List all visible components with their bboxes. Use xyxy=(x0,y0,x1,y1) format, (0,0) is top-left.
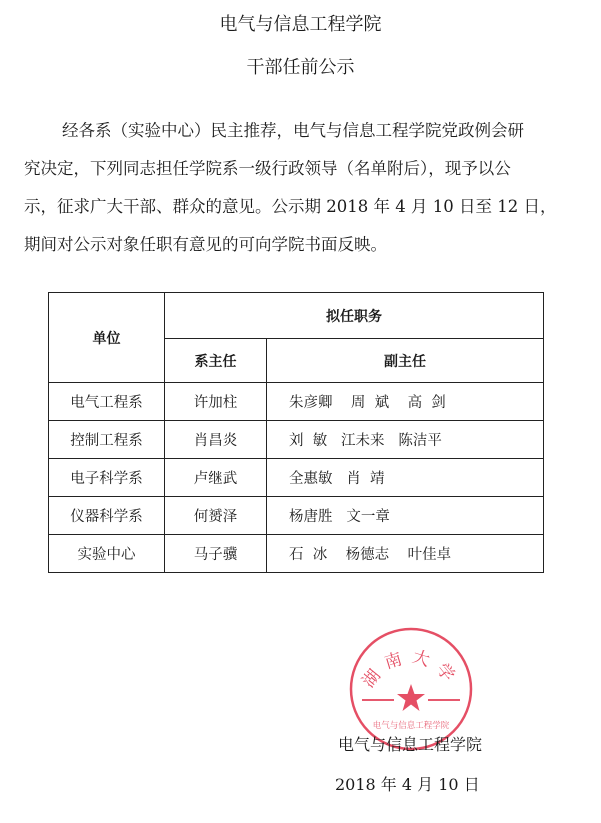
cell-unit: 电气工程系 xyxy=(49,383,165,421)
appointment-table: 单位 拟任职务 系主任 副主任 电气工程系 许加柱 朱彦卿 周 斌 高 剑 控制… xyxy=(48,292,544,573)
paragraph-line: 期间对公示对象任职有意见的可向学院书面反映。 xyxy=(24,226,584,264)
notice-paragraph: 经各系（实验中心）民主推荐，电气与信息工程学院党政例会研 究决定，下列同志担任学… xyxy=(24,112,584,264)
paragraph-line: 经各系（实验中心）民主推荐，电气与信息工程学院党政例会研 xyxy=(24,112,584,150)
cell-deputy: 朱彦卿 周 斌 高 剑 xyxy=(267,383,544,421)
paragraph-line: 究决定，下列同志担任学院系一级行政领导（名单附后），现予以公 xyxy=(24,150,584,188)
cell-unit: 仪器科学系 xyxy=(49,497,165,535)
cell-director: 肖昌炎 xyxy=(165,421,267,459)
cell-unit: 实验中心 xyxy=(49,535,165,573)
svg-text:电气与信息工程学院: 电气与信息工程学院 xyxy=(373,720,450,731)
signature-date: 2018 年 4 月 10 日 xyxy=(335,772,480,795)
header-position-group: 拟任职务 xyxy=(165,293,544,339)
table-row: 电子科学系 卢继武 全惠敏 肖 靖 xyxy=(49,459,544,497)
cell-deputy: 石 冰 杨德志 叶佳卓 xyxy=(267,535,544,573)
cell-deputy: 刘 敏 江未来 陈洁平 xyxy=(267,421,544,459)
table-row: 仪器科学系 何赟泽 杨唐胜 文一章 xyxy=(49,497,544,535)
cell-director: 何赟泽 xyxy=(165,497,267,535)
header-director: 系主任 xyxy=(165,339,267,383)
table-row: 实验中心 马子骥 石 冰 杨德志 叶佳卓 xyxy=(49,535,544,573)
cell-deputy: 杨唐胜 文一章 xyxy=(267,497,544,535)
signature-org: 电气与信息工程学院 xyxy=(338,732,482,755)
cell-unit: 控制工程系 xyxy=(49,421,165,459)
header-deputy: 副主任 xyxy=(267,339,544,383)
table-row: 电气工程系 许加柱 朱彦卿 周 斌 高 剑 xyxy=(49,383,544,421)
org-title: 电气与信息工程学院 xyxy=(0,10,601,36)
cell-director: 卢继武 xyxy=(165,459,267,497)
paragraph-line: 示，征求广大干部、群众的意见。公示期 2018 年 4 月 10 日至 12 日… xyxy=(24,188,584,226)
table-row: 控制工程系 肖昌炎 刘 敏 江未来 陈洁平 xyxy=(49,421,544,459)
cell-director: 许加柱 xyxy=(165,383,267,421)
cell-deputy: 全惠敏 肖 靖 xyxy=(267,459,544,497)
cell-director: 马子骥 xyxy=(165,535,267,573)
header-unit: 单位 xyxy=(49,293,165,383)
doc-title: 干部任前公示 xyxy=(0,53,601,79)
cell-unit: 电子科学系 xyxy=(49,459,165,497)
